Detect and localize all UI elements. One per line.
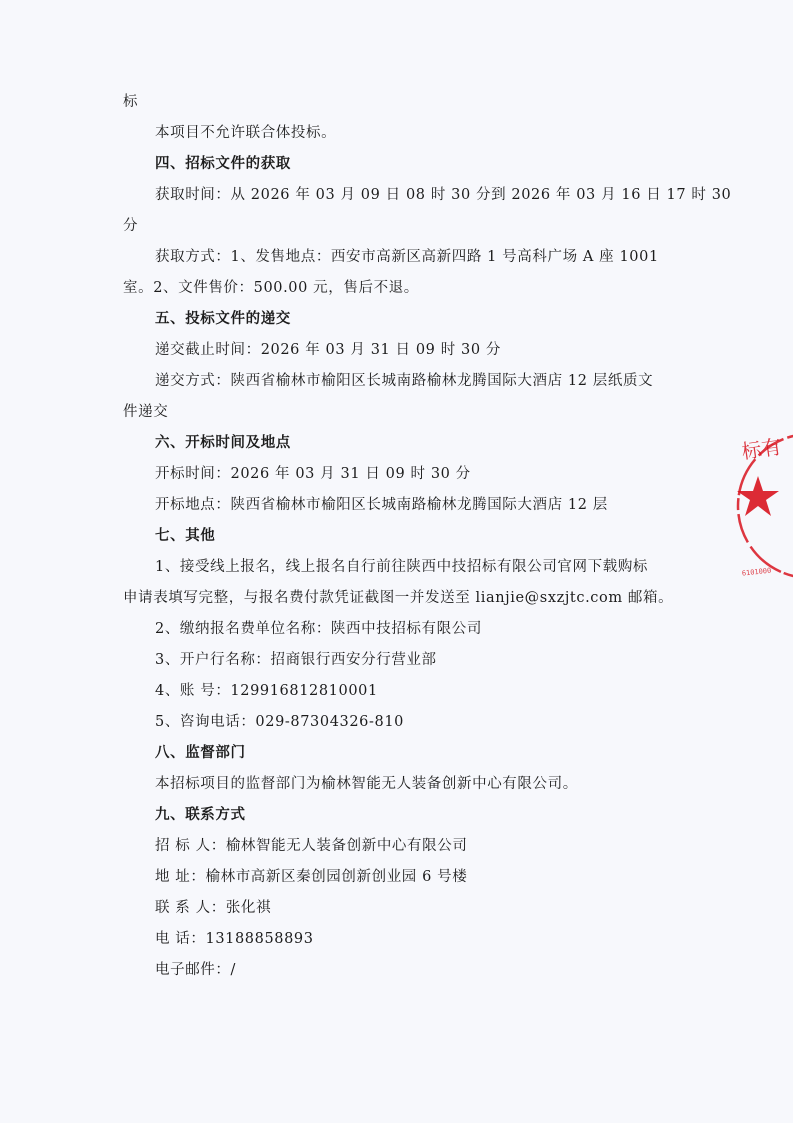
text-line: 标 [123, 92, 683, 112]
text-line: 分 [123, 216, 683, 236]
svg-text:6101000: 6101000 [741, 567, 771, 578]
text-line: 5、咨询电话：029-87304326-810 [155, 712, 715, 732]
text-line: 1、接受线上报名，线上报名自行前往陕西中技招标有限公司官网下载购标 [155, 557, 715, 577]
section-heading-7: 七、其他 [155, 526, 715, 546]
section-heading-5: 五、投标文件的递交 [155, 309, 715, 329]
text-line: 室。2、文件售价：500.00 元，售后不退。 [123, 278, 683, 298]
text-line: 获取方式：1、发售地点：西安市高新区高新四路 1 号高科广场 A 座 1001 [155, 247, 715, 267]
section-heading-6: 六、开标时间及地点 [155, 433, 715, 453]
text-line: 递交截止时间：2026 年 03 月 31 日 09 时 30 分 [155, 340, 715, 360]
section-heading-4: 四、招标文件的获取 [155, 154, 715, 174]
document-page: 标 本项目不允许联合体投标。 四、招标文件的获取 获取时间：从 2026 年 0… [0, 0, 793, 1123]
company-seal-stamp: 标有 6101000 [728, 428, 793, 588]
text-line: 开标地点：陕西省榆林市榆阳区长城南路榆林龙腾国际大酒店 12 层 [155, 495, 715, 515]
contact-address: 地 址：榆林市高新区秦创园创新创业园 6 号楼 [155, 867, 715, 887]
seal-icon: 标有 6101000 [728, 428, 793, 588]
contact-phone: 电 话：13188858893 [155, 929, 715, 949]
text-line: 递交方式：陕西省榆林市榆阳区长城南路榆林龙腾国际大酒店 12 层纸质文 [155, 371, 715, 391]
text-line: 本招标项目的监督部门为榆林智能无人装备创新中心有限公司。 [155, 774, 715, 794]
section-heading-8: 八、监督部门 [155, 743, 715, 763]
text-line-email: 申请表填写完整，与报名费付款凭证截图一并发送至 lianjie@sxzjtc.c… [123, 588, 683, 608]
text-line: 获取时间：从 2026 年 03 月 09 日 08 时 30 分到 2026 … [155, 185, 715, 205]
text-line: 件递交 [123, 402, 683, 422]
contact-tenderer: 招 标 人：榆林智能无人装备创新中心有限公司 [155, 836, 715, 856]
text-line: 本项目不允许联合体投标。 [155, 123, 715, 143]
text-line: 4、账 号：129916812810001 [155, 681, 715, 701]
section-heading-9: 九、联系方式 [155, 805, 715, 825]
text-line: 开标时间：2026 年 03 月 31 日 09 时 30 分 [155, 464, 715, 484]
svg-text:标有: 标有 [740, 434, 783, 463]
contact-person: 联 系 人：张化祺 [155, 898, 715, 918]
text-line: 3、开户行名称：招商银行西安分行营业部 [155, 650, 715, 670]
text-line: 2、缴纳报名费单位名称：陕西中技招标有限公司 [155, 619, 715, 639]
contact-email: 电子邮件：/ [155, 960, 715, 980]
